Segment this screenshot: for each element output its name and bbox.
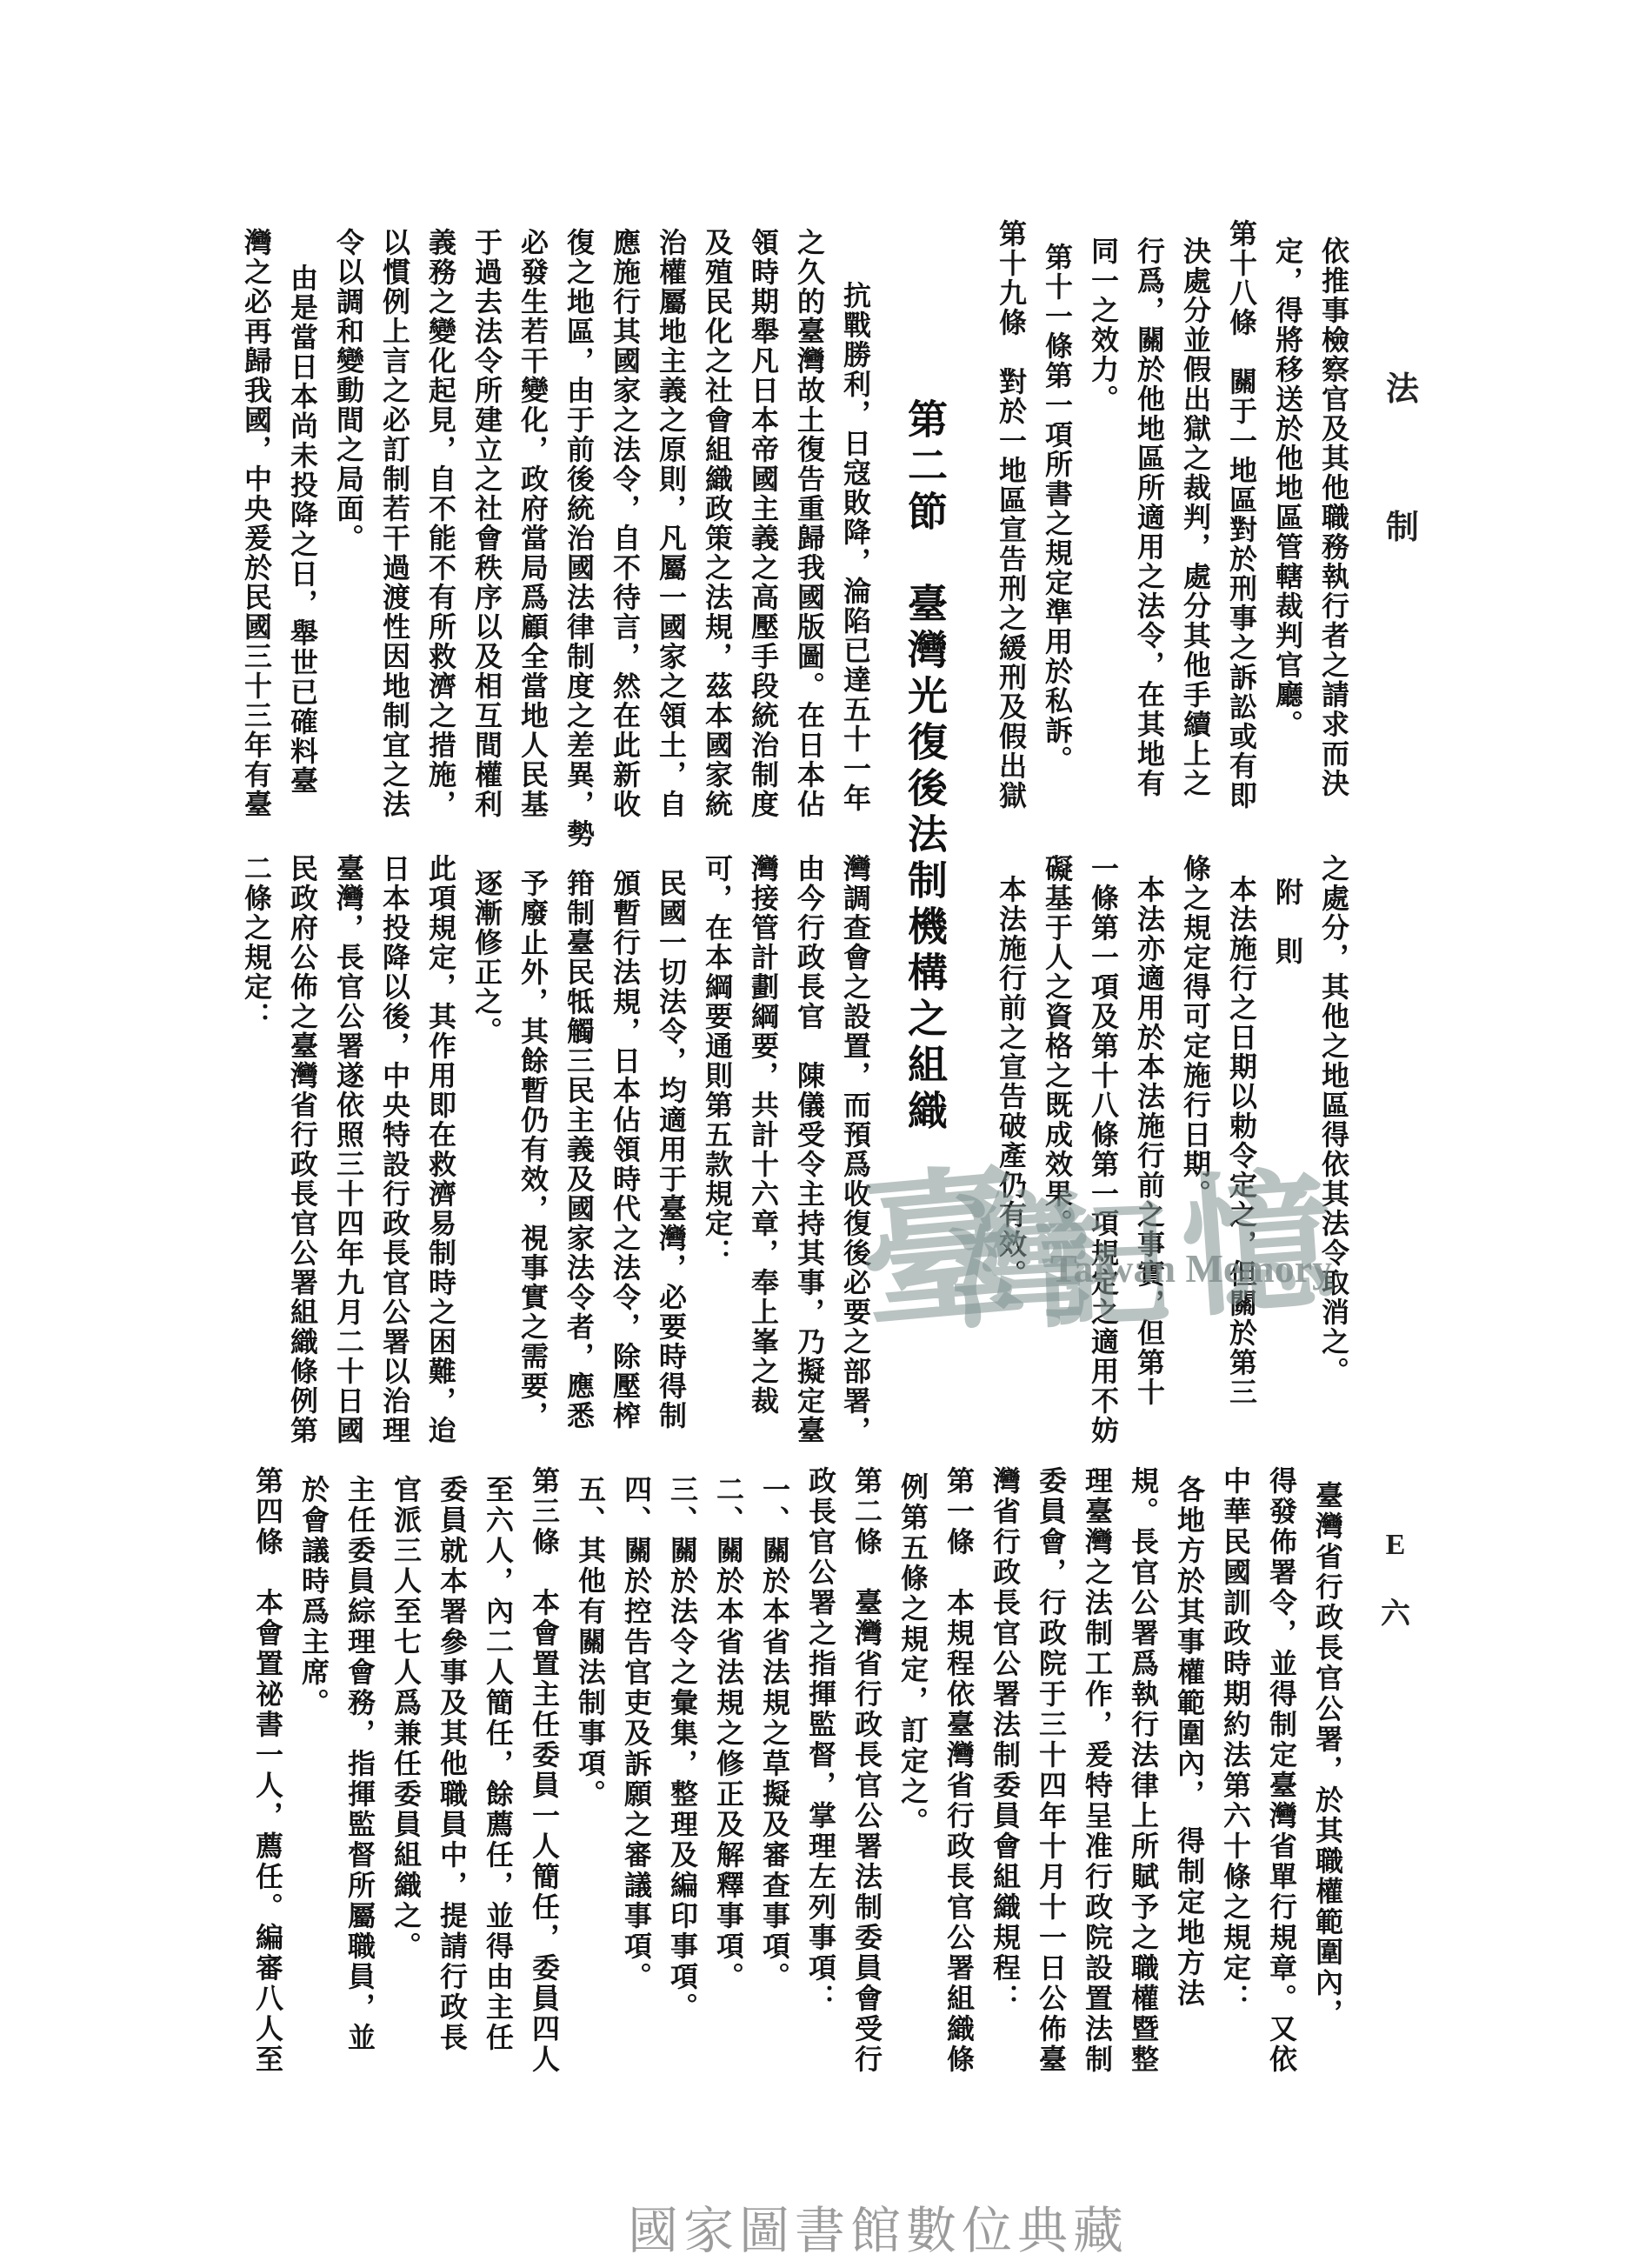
text-column: 第一條 本規程依臺灣省行政長官公署組織條 xyxy=(936,1466,982,2111)
text-column: 灣之必再歸我國，中央爰於民國三十三年有臺 xyxy=(233,228,279,850)
text-column: 礙基于人之資格之既成效果。 xyxy=(1034,854,1080,1447)
library-archive-caption: 國家圖書館數位典藏 xyxy=(628,2190,1129,2261)
text-column: 五、其他有關法制事項。 xyxy=(567,1466,613,2111)
text-column: 第十八條 關于一地區對於刑事之訴訟或有即 xyxy=(1218,219,1264,842)
text-column: 一、關於本省法規之草擬及審查事項。 xyxy=(751,1466,797,2111)
text-column: 義務之變化起見，自不能不有所救濟之措施， xyxy=(417,228,463,850)
text-column: 臺灣省行政長官公署，於其職權範圍內， xyxy=(1304,1466,1350,2111)
text-column: 至六人，內二人簡任，餘薦任，並得由主任 xyxy=(475,1466,521,2111)
text-column: 主任委員綜理會務，指揮監督所屬職員，並 xyxy=(336,1466,383,2111)
text-column: 第二條 臺灣省行政長官公署法制委員會受行 xyxy=(843,1466,889,2111)
section-body-top-block: 抗戰勝利，日寇敗降，淪陷已達五十一年之久的臺灣故土復告重歸我國版圖。在日本佔領時… xyxy=(233,228,878,850)
section-title: 第二節 臺灣光復後法制機構之組織 xyxy=(896,398,953,1198)
text-column: 規。長官公署爲執行法律上所賦予之職權暨整 xyxy=(1120,1466,1166,2111)
text-column: 本法施行前之宣告破產仍有效。 xyxy=(988,854,1034,1447)
text-column: 灣接管計劃綱要，共計十六章，奉上峯之裁 xyxy=(740,854,786,1447)
text-column: 治權屬地主義之原則，凡屬一國家之領土，自 xyxy=(648,228,694,850)
running-header: 法 制 xyxy=(1386,362,1419,548)
text-column: 中華民國訓政時期約法第六十條之規定： xyxy=(1212,1466,1258,2111)
text-column: 必發生若干變化，政府當局爲顧全當地人民基 xyxy=(510,228,556,850)
text-column: 此項規定，其作用即在救濟易制時之困難，迨 xyxy=(417,854,463,1447)
text-column: 二、關於本省法規之修正及解釋事項。 xyxy=(705,1466,751,2111)
text-column: 同一之效力。 xyxy=(1080,219,1126,842)
text-column: 由今行政長官 陳儀受令主持其事，乃擬定臺 xyxy=(786,854,832,1447)
text-column: 應施行其國家之法令，自不待言，然在此新收 xyxy=(602,228,648,850)
text-column: 民國一切法令，均適用于臺灣，必要時得制 xyxy=(648,854,694,1447)
text-column: 依推事檢察官及其他職務執行者之請求而決 xyxy=(1310,219,1356,842)
text-column: 第十九條 對於一地區宣告刑之緩刑及假出獄 xyxy=(988,219,1034,842)
text-column: 由是當日本尚未投降之日，舉世已確料臺 xyxy=(279,228,325,850)
text-column: 三、關於法令之彙集，整理及編印事項。 xyxy=(659,1466,705,2111)
text-column: 委員就本署參事及其他職員中，提請行政長 xyxy=(429,1466,475,2111)
text-column: 各地方於其事權範圍內， 得制定地方法 xyxy=(1166,1466,1212,2111)
text-column: 以慣例上言之必訂制若干過渡性因地制宜之法 xyxy=(371,228,417,850)
text-column: 抗戰勝利，日寇敗降，淪陷已達五十一年 xyxy=(832,228,878,850)
text-column: 逐漸修正之。 xyxy=(463,854,510,1447)
text-column: 予廢止外，其餘暫仍有效，視事實之需要， xyxy=(510,854,556,1447)
scanned-document-page: 法 制 E 六 依推事檢察官及其他職務執行者之請求而決定，得將移送於他地區管轄裁… xyxy=(0,0,1652,2261)
text-column: 復之地區，由于前後統治國法律制度之差異，勢 xyxy=(556,228,602,850)
text-column: 於會議時爲主席。 xyxy=(290,1466,336,2111)
text-column: 灣調查會之設置，而預爲收復後必要之部署， xyxy=(832,854,878,1447)
text-column: 灣省行政長官公署法制委員會組織規程： xyxy=(982,1466,1028,2111)
text-column: 決處分並假出獄之裁判，處分其他手續上之 xyxy=(1172,219,1218,842)
text-column: 可，在本綱要通則第五款規定： xyxy=(694,854,740,1447)
text-column: 本法亦適用於本法施行前之事實，但第十 xyxy=(1126,854,1172,1447)
text-column: 第三條 本會置主任委員一人簡任，委員四人 xyxy=(521,1466,567,2111)
organization-regulations-block: 臺灣省行政長官公署，於其職權範圍內，得發佈署令，並得制定臺灣省單行規章。又依中華… xyxy=(244,1466,1350,2111)
text-column: 官派三人至七人爲兼任委員組織之。 xyxy=(383,1466,429,2111)
text-column: 令以調和變動間之局面。 xyxy=(325,228,371,850)
text-column: 臺灣，長官公署遂依照三十四年九月二十日國 xyxy=(325,854,371,1447)
text-column: 理臺灣之法制工作，爰特呈准行政院設置法制 xyxy=(1074,1466,1120,2111)
text-column: 二條之規定： xyxy=(233,854,279,1447)
law-articles-top-block: 依推事檢察官及其他職務執行者之請求而決定，得將移送於他地區管轄裁判官廳。第十八條… xyxy=(988,219,1356,842)
page-number-bottom: 六 xyxy=(1381,1590,1410,1632)
text-column: 日本投降以後，中央特設行政長官公署以治理 xyxy=(371,854,417,1447)
text-column: 民政府公佈之臺灣省行政長官公署組織條例第 xyxy=(279,854,325,1447)
running-header-char: 制 xyxy=(1386,500,1419,548)
text-column: 頒暫行法規，日本佔領時代之法令，除壓榨 xyxy=(602,854,648,1447)
text-column: 箝制臺民牴觸三民主義及國家法令者，應悉 xyxy=(556,854,602,1447)
text-column: 一條第一項及第十八條第一項規定之適用不妨 xyxy=(1080,854,1126,1447)
text-column: 領時期舉凡日本帝國主義之高壓手段統治制度 xyxy=(740,228,786,850)
text-column: 定，得將移送於他地區管轄裁判官廳。 xyxy=(1264,219,1310,842)
text-column: 第四條 本會置祕書一人，薦任。編審八人至 xyxy=(244,1466,290,2111)
page-number-marker: E 六 xyxy=(1381,1529,1410,1632)
text-column: 得發佈署令，並得制定臺灣省單行規章。又依 xyxy=(1258,1466,1304,2111)
text-column: 及殖民化之社會組織政策之法規，茲本國家統 xyxy=(694,228,740,850)
text-column: 條之規定得可定施行日期。 xyxy=(1172,854,1218,1447)
section-body-middle-block: 灣調查會之設置，而預爲收復後必要之部署，由今行政長官 陳儀受令主持其事，乃擬定臺… xyxy=(233,854,878,1447)
text-column: 附 則 xyxy=(1264,854,1310,1447)
text-column: 之處分，其他之地區得依其法令取消之。 xyxy=(1310,854,1356,1447)
text-column: 于過去法令所建立之社會秩序以及相互間權利 xyxy=(463,228,510,850)
text-column: 委員會，行政院于三十四年十月十一日公佈臺 xyxy=(1028,1466,1074,2111)
text-column: 政長官公署之指揮監督，掌理左列事項： xyxy=(797,1466,843,2111)
text-column: 行爲，關於他地區所適用之法令，在其地有 xyxy=(1126,219,1172,842)
text-column: 例第五條之規定，訂定之。 xyxy=(889,1466,936,2111)
text-column: 四、關於控告官吏及訴願之審議事項。 xyxy=(613,1466,659,2111)
running-header-char: 法 xyxy=(1386,362,1419,410)
page-number-top: E xyxy=(1381,1529,1410,1562)
text-column: 之久的臺灣故土復告重歸我國版圖。在日本佔 xyxy=(786,228,832,850)
text-column: 第十一條第一項所書之規定準用於私訴。 xyxy=(1034,219,1080,842)
text-column: 本法施行之日期以勅令定之，但關於第三 xyxy=(1218,854,1264,1447)
supplementary-provisions-block: 之處分，其他之地區得依其法令取消之。附 則本法施行之日期以勅令定之，但關於第三條… xyxy=(988,854,1356,1447)
